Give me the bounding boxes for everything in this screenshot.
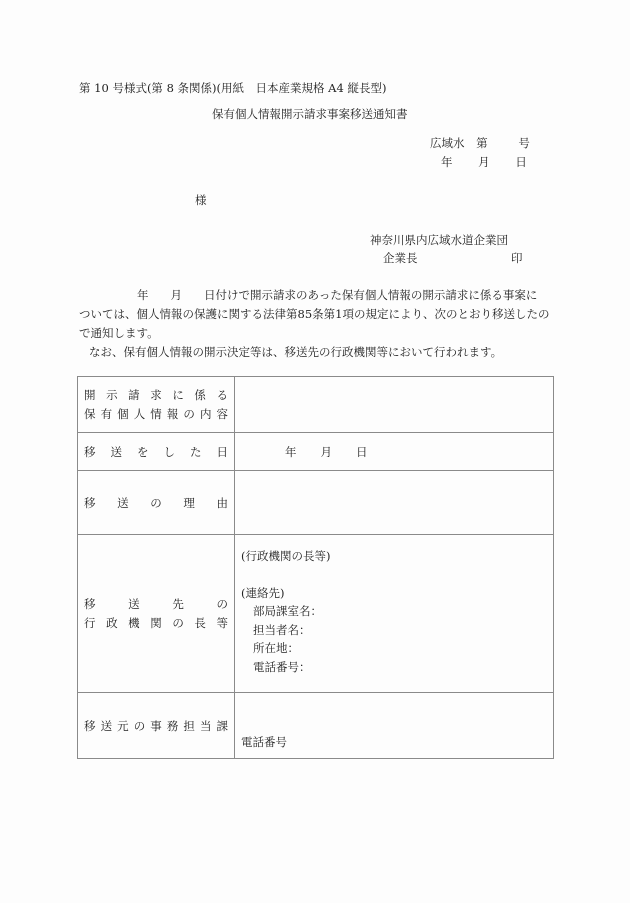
contact-label: (連絡先) bbox=[241, 584, 553, 603]
source-phone-label: 電話番号 bbox=[235, 693, 553, 750]
doc-number-dai: 第 bbox=[476, 136, 488, 150]
date-month: 月 bbox=[478, 155, 490, 169]
form-number: 第 10 号様式(第 8 条関係)(用紙 日本産業規格 A4 縦長型) bbox=[79, 80, 386, 96]
issue-date: 年 月 日 bbox=[441, 154, 527, 170]
label-transfer-reason: 移送の理由 bbox=[78, 471, 235, 535]
value-transfer-date[interactable]: 年月日 bbox=[235, 433, 554, 471]
value-destination-head[interactable]: (行政機関の長等) (連絡先) 部局課室名： 担当者名： 所在地： 電話番号： bbox=[235, 535, 554, 693]
row-source-office: 移送元の事務担当課 電話番号 bbox=[78, 693, 554, 759]
body-month: 月 bbox=[171, 288, 183, 302]
transfer-table: 開示請求に係る 保有個人情報の内容 移送をした日 年月日 移送の理由 移送先 bbox=[77, 376, 554, 759]
row-requested-info: 開示請求に係る 保有個人情報の内容 bbox=[78, 377, 554, 433]
value-source-office[interactable]: 電話番号 bbox=[235, 693, 554, 759]
label-destination-head: 移送先の 行政機関の長等 bbox=[78, 535, 235, 693]
label-source-office: 移送元の事務担当課 bbox=[78, 693, 235, 759]
body-line4: なお、保有個人情報の開示決定等は、移送先の行政機関等において行われます。 bbox=[79, 343, 559, 362]
seal-mark: 印 bbox=[511, 250, 523, 266]
body-text: 年月日付けで開示請求のあった保有個人情報の開示請求に係る事案に ついては、個人情… bbox=[79, 286, 559, 362]
field-address: 所在地： bbox=[253, 639, 553, 658]
row-transfer-reason: 移送の理由 bbox=[78, 471, 554, 535]
doc-number: 広域水 第 号 bbox=[430, 135, 530, 151]
field-phone: 電話番号： bbox=[253, 658, 553, 677]
sender-title: 企業長 bbox=[383, 250, 418, 266]
row-destination-head: 移送先の 行政機関の長等 (行政機関の長等) (連絡先) 部局課室名： 担当者名… bbox=[78, 535, 554, 693]
addressee-suffix: 様 bbox=[195, 192, 207, 208]
date-year: 年 bbox=[441, 155, 453, 169]
head-placeholder: (行政機関の長等) bbox=[241, 547, 553, 566]
doc-number-go: 号 bbox=[518, 136, 530, 150]
row-transfer-date: 移送をした日 年月日 bbox=[78, 433, 554, 471]
value-requested-info[interactable] bbox=[235, 377, 554, 433]
doc-number-prefix: 広域水 bbox=[430, 136, 465, 150]
sender-title-text: 企業長 bbox=[383, 251, 418, 265]
label-requested-info: 開示請求に係る 保有個人情報の内容 bbox=[78, 377, 235, 433]
body-year: 年 bbox=[137, 288, 149, 302]
date-day: 日 bbox=[515, 155, 527, 169]
field-department: 部局課室名： bbox=[253, 602, 553, 621]
sender-org: 神奈川県内広域水道企業団 bbox=[370, 232, 508, 248]
field-person: 担当者名： bbox=[253, 621, 553, 640]
label-transfer-date: 移送をした日 bbox=[78, 433, 235, 471]
body-line3: で通知します。 bbox=[79, 324, 559, 343]
value-transfer-reason[interactable] bbox=[235, 471, 554, 535]
document-title: 保有個人情報開示請求事案移送通知書 bbox=[212, 106, 408, 122]
body-line1: 日付けで開示請求のあった保有個人情報の開示請求に係る事案に bbox=[204, 288, 537, 302]
body-line2: ついては、個人情報の保護に関する法律第85条第1項の規定により、次のとおり移送し… bbox=[79, 305, 559, 324]
